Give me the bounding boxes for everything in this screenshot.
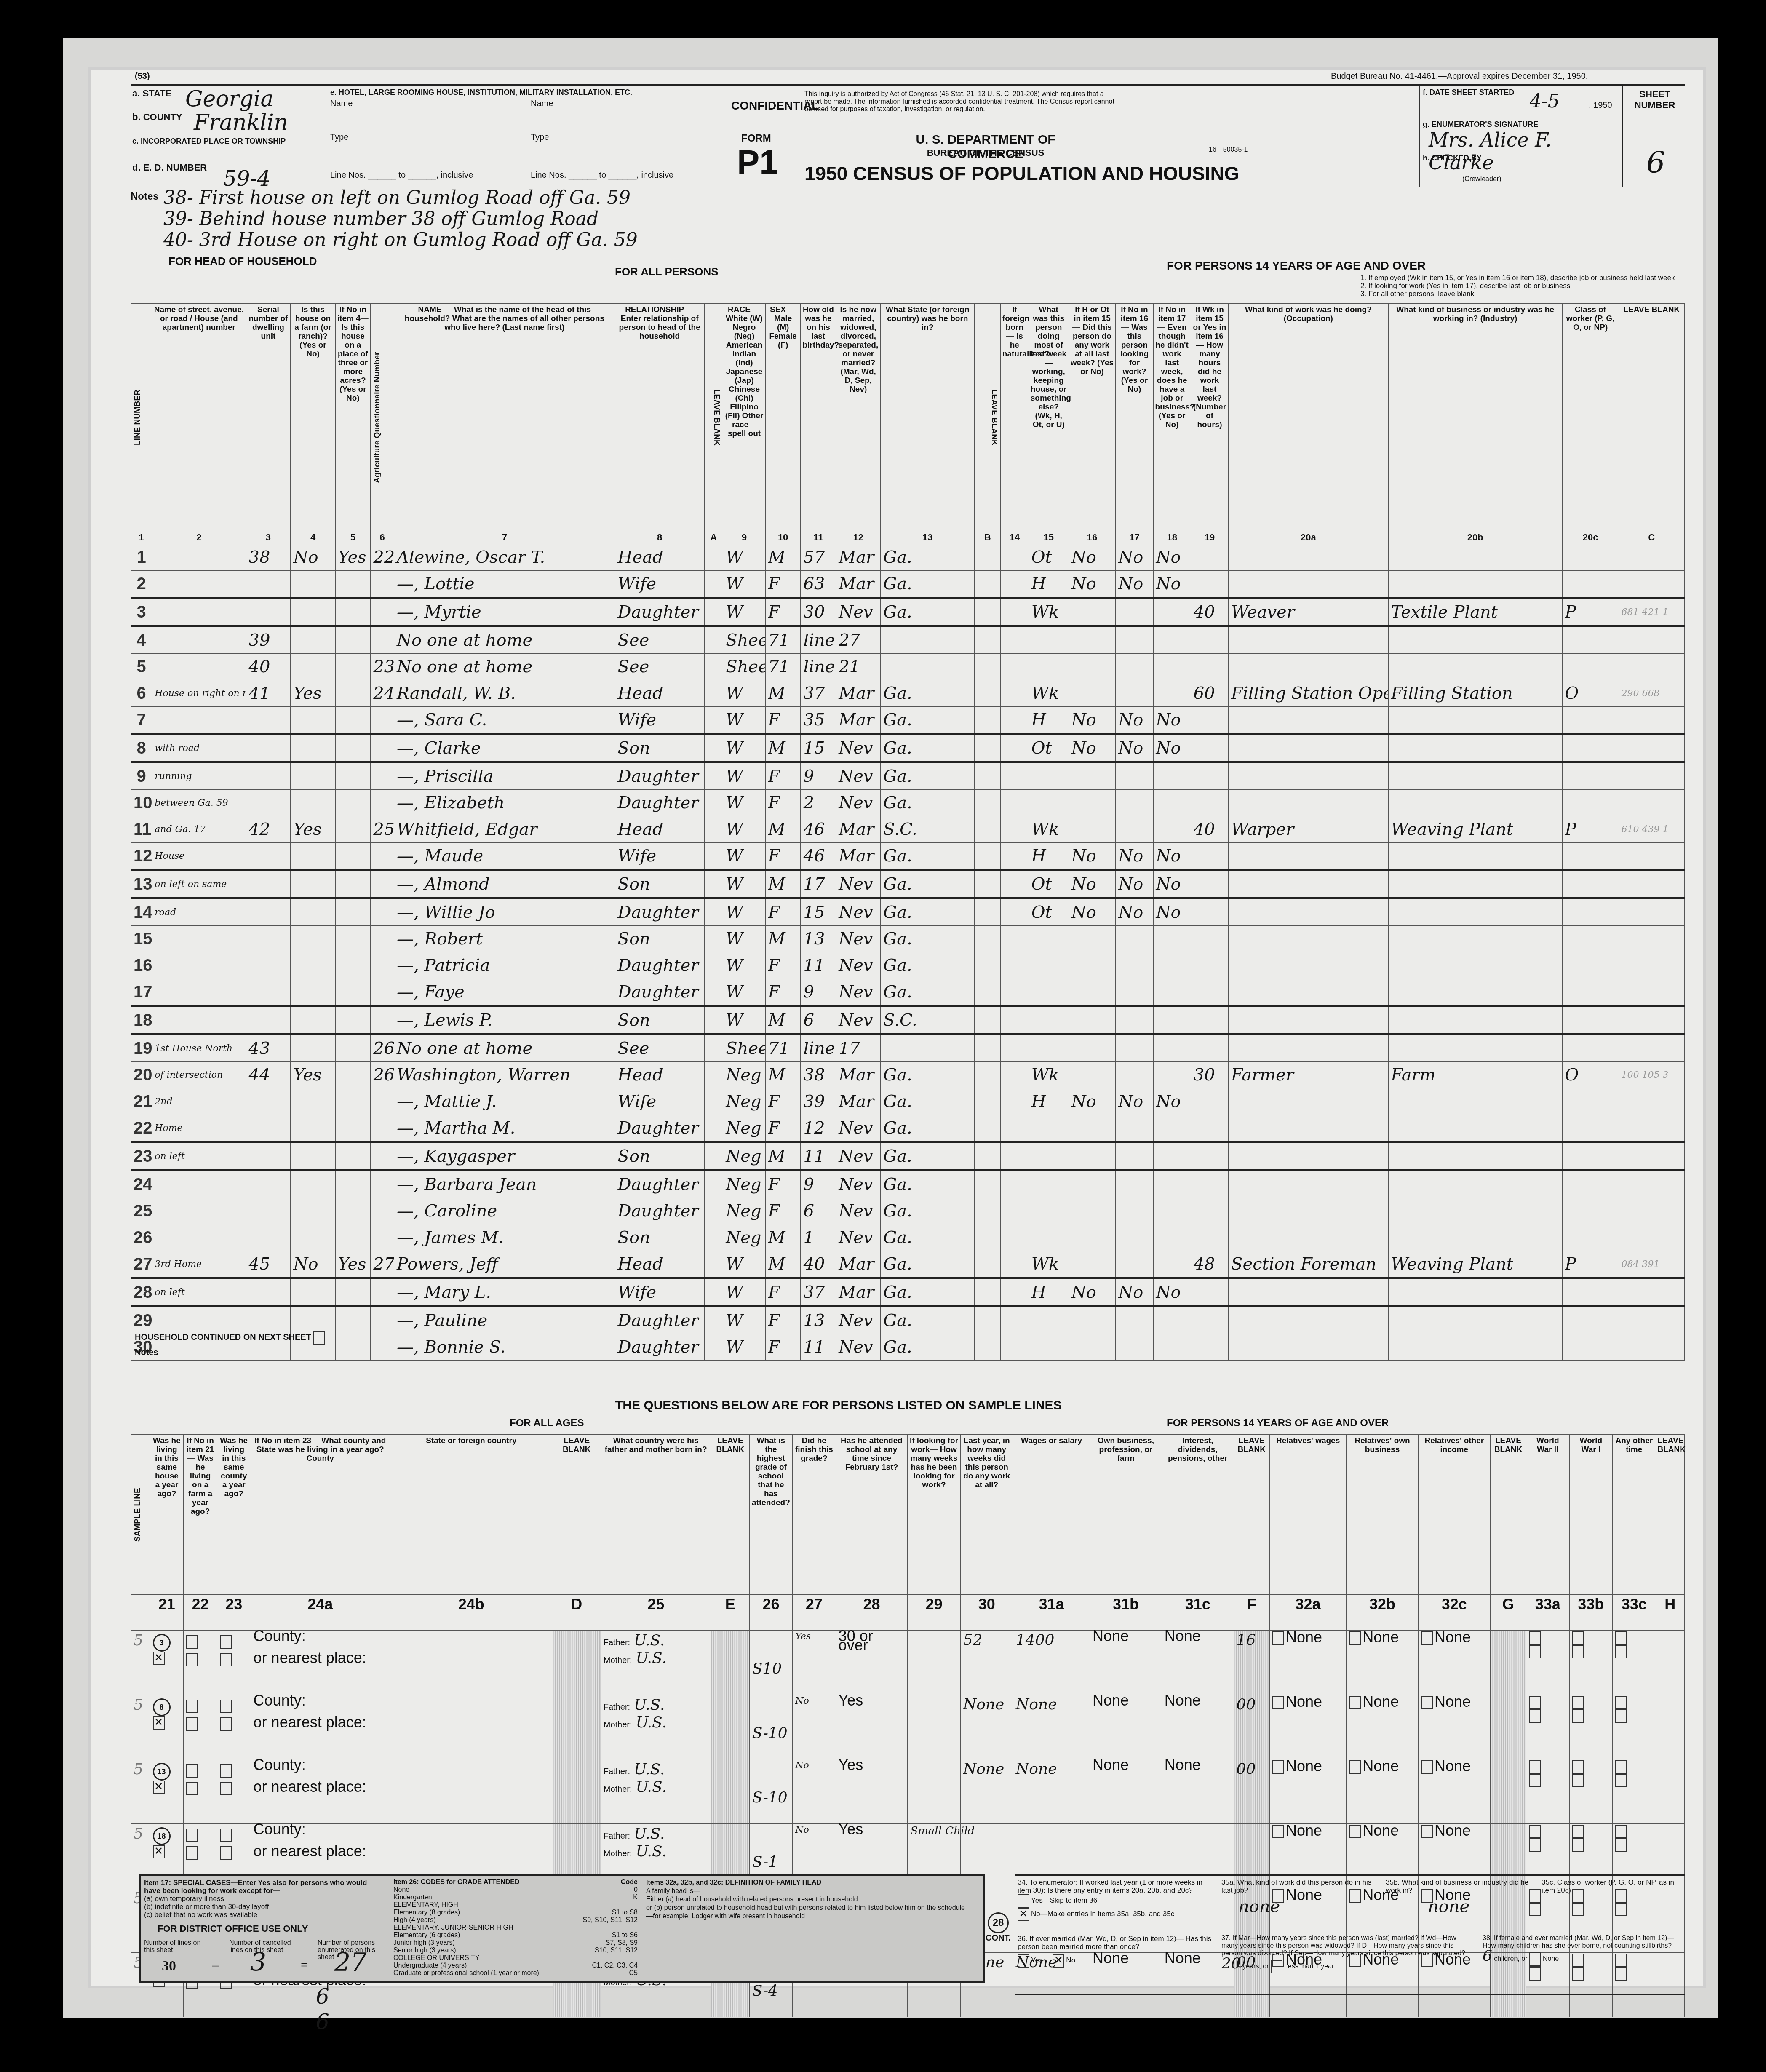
table-row: 30—, Bonnie S.DaughterWF11NevGa.: [131, 1334, 1685, 1361]
cell-rel: See: [615, 654, 704, 680]
cell-name: —, Elizabeth: [394, 790, 615, 816]
blank-cell: [975, 1278, 1000, 1307]
cell-age: 13: [801, 926, 836, 952]
cell-ind: [1388, 1088, 1562, 1115]
blank-cell: [1000, 626, 1029, 654]
continued-checkbox[interactable]: [313, 1331, 325, 1345]
cell-line: 8: [131, 734, 152, 762]
cell-born: Ga.: [881, 707, 975, 734]
q37-less-checkbox[interactable]: [1271, 1960, 1282, 1973]
cell-born: Ga.: [881, 979, 975, 1006]
sample-col-header: Relatives' wages: [1269, 1435, 1346, 1595]
col-header: If No in item 17— Even though he didn't …: [1153, 304, 1191, 531]
cell-c18: [1153, 1251, 1191, 1278]
note-line: 38- First house on left on Gumlog Road o…: [163, 187, 638, 209]
blank-cell: [975, 926, 1000, 952]
blank-cell: [975, 762, 1000, 790]
questions-34-38: 34. To enumerator: If worked last year (…: [1015, 1874, 1685, 1995]
q21-cell: 3✕: [150, 1631, 184, 1695]
blank-cell: [1000, 544, 1029, 571]
sample-col-header: Did he finish this grade?: [793, 1435, 836, 1595]
col-header: What State (or foreign country) was he b…: [881, 304, 975, 531]
col-header: Agriculture Questionnaire Number: [371, 304, 394, 531]
cell-race: W: [723, 979, 765, 1006]
q21-yes-checkbox[interactable]: ✕: [153, 1781, 165, 1794]
cell-mar: Nev: [836, 898, 881, 926]
cell-occ: [1229, 571, 1389, 598]
cell-addr: [152, 1006, 246, 1035]
cell-mar: Nev: [836, 734, 881, 762]
sheet-number-label: SHEET NUMBER: [1632, 89, 1678, 111]
q23-no-checkbox[interactable]: [220, 1717, 232, 1731]
location-block: a. STATE Georgia b. COUNTY Franklin c. I…: [131, 86, 329, 187]
cell-line: 19: [131, 1035, 152, 1062]
cell-c18: [1153, 1142, 1191, 1171]
cell-serial: [246, 571, 291, 598]
cell-code: [1619, 762, 1684, 790]
cell-c16: [1069, 598, 1116, 626]
q26-cell: S-10: [749, 1695, 792, 1759]
cell-cls: [1562, 1224, 1619, 1251]
cell-name: Washington, Warren: [394, 1062, 615, 1088]
cell-code: [1619, 979, 1684, 1006]
cell-line: 18: [131, 1006, 152, 1035]
q23-yes-checkbox[interactable]: [220, 1829, 232, 1842]
cell-born: Ga.: [881, 1115, 975, 1142]
cell-agq: [371, 926, 394, 952]
cell-age: 30: [801, 598, 836, 626]
cell-farm: [291, 843, 335, 870]
q33b-cell: [1569, 1695, 1612, 1759]
cell-agq: 22: [371, 544, 394, 571]
cell-c15: [1029, 790, 1069, 816]
cell-serial: [246, 843, 291, 870]
cell-serial: [246, 1198, 291, 1224]
blank-cell: [975, 816, 1000, 843]
q23-no-checkbox[interactable]: [220, 1653, 232, 1666]
cell-ind: [1388, 1142, 1562, 1171]
hotel-block: e. HOTEL, LARGE ROOMING HOUSE, INSTITUTI…: [329, 86, 729, 187]
cell-agq: [371, 898, 394, 926]
cell-born: Ga.: [881, 952, 975, 979]
cell-name: —, Almond: [394, 870, 615, 898]
cell-addr: [152, 1307, 246, 1334]
q31a-cell: 1400: [1013, 1631, 1090, 1695]
cell-agq: [371, 952, 394, 979]
q22-yes-checkbox[interactable]: [186, 1764, 198, 1778]
cell-c16: No: [1069, 571, 1116, 598]
blank-cell: [704, 816, 723, 843]
cell-c15: H: [1029, 1088, 1069, 1115]
cell-code: [1619, 626, 1684, 654]
cell-farm: [291, 1006, 335, 1035]
blank-cell: [975, 1006, 1000, 1035]
county-value: Franklin: [194, 110, 288, 135]
q23-yes-checkbox[interactable]: [220, 1635, 232, 1649]
cell-code: [1619, 1171, 1684, 1198]
cell-cls: [1562, 734, 1619, 762]
cell-ind: [1388, 1115, 1562, 1142]
cell-c17: [1116, 1142, 1153, 1171]
q23-yes-checkbox[interactable]: [220, 1700, 232, 1713]
blank-cell: [704, 544, 723, 571]
q24b-cell: [390, 1631, 553, 1695]
cell-c16: [1069, 1035, 1116, 1062]
cell-rel: Wife: [615, 843, 704, 870]
cell-name: —, Lottie: [394, 571, 615, 598]
cell-c19: [1191, 1224, 1228, 1251]
blank-cell: [1000, 790, 1029, 816]
cell-occ: [1229, 1198, 1389, 1224]
cell-addr: on left: [152, 1142, 246, 1171]
cell-agq: 23: [371, 654, 394, 680]
table-row: 10between Ga. 59—, ElizabethDaughterWF2N…: [131, 790, 1685, 816]
cell-serial: [246, 1088, 291, 1115]
blank-cell: [704, 734, 723, 762]
cell-cls: [1562, 571, 1619, 598]
cell-race: Sheet: [723, 1035, 765, 1062]
cell-c15: Wk: [1029, 1062, 1069, 1088]
cell-c17: [1116, 1307, 1153, 1334]
cell-race: Neg: [723, 1171, 765, 1198]
table-row: 12House—, MaudeWifeWF46MarGa.HNoNoNo: [131, 843, 1685, 870]
cell-race: Neg: [723, 1142, 765, 1171]
cell-farm: [291, 1278, 335, 1307]
blank-cell: [1000, 1198, 1029, 1224]
cell-addr: with road: [152, 734, 246, 762]
blank-cell: [1000, 762, 1029, 790]
cell-agq: 26: [371, 1062, 394, 1088]
cell-line: 5: [131, 654, 152, 680]
cell-farm: [291, 1171, 335, 1198]
cell-occ: [1229, 898, 1389, 926]
q29-cell: [908, 1695, 960, 1759]
cell-c15: [1029, 654, 1069, 680]
blank-cell: [1000, 1035, 1029, 1062]
cell-name: —, Lewis P.: [394, 1006, 615, 1035]
cell-code: [1619, 926, 1684, 952]
cell-farm: No: [291, 1251, 335, 1278]
cell-mar: Nev: [836, 1171, 881, 1198]
cell-cls: [1562, 1088, 1619, 1115]
q36-no-checkbox[interactable]: ✕: [1053, 1954, 1064, 1968]
cell-code: [1619, 1224, 1684, 1251]
q38-value: 6: [1483, 1947, 1492, 1965]
cell-acres: [335, 1115, 371, 1142]
cell-sex: F: [765, 1198, 801, 1224]
q21-yes-checkbox[interactable]: ✕: [153, 1716, 165, 1730]
cell-born: Ga.: [881, 1171, 975, 1198]
cell-sex: M: [765, 1062, 801, 1088]
cell-acres: [335, 1334, 371, 1361]
cell-mar: Mar: [836, 1251, 881, 1278]
cell-mar: 21: [836, 654, 881, 680]
cell-c18: No: [1153, 898, 1191, 926]
table-row: 16—, PatriciaDaughterWF11NevGa.: [131, 952, 1685, 979]
cell-sex: F: [765, 1088, 801, 1115]
cell-serial: 41: [246, 680, 291, 707]
cell-farm: [291, 898, 335, 926]
cell-c16: [1069, 1251, 1116, 1278]
q23-no-checkbox[interactable]: [220, 1846, 232, 1860]
cell-c19: [1191, 1171, 1228, 1198]
q36-yes-checkbox[interactable]: [1018, 1954, 1029, 1968]
cell-acres: [335, 1171, 371, 1198]
cell-line: 23: [131, 1142, 152, 1171]
blank-cell: [975, 680, 1000, 707]
cell-c19: [1191, 926, 1228, 952]
q22-no-checkbox[interactable]: [186, 1782, 198, 1795]
cell-code: [1619, 734, 1684, 762]
blank-cell: [704, 843, 723, 870]
cell-line: 16: [131, 952, 152, 979]
cell-cls: [1562, 1115, 1619, 1142]
cell-born: Ga.: [881, 790, 975, 816]
q29-cell: [908, 1631, 960, 1695]
q23-yes-checkbox[interactable]: [220, 1764, 232, 1778]
cell-name: —, Robert: [394, 926, 615, 952]
cell-c18: [1153, 626, 1191, 654]
cell-mar: Nev: [836, 790, 881, 816]
blank-cell: [1000, 1142, 1029, 1171]
cell-agq: [371, 790, 394, 816]
cell-c17: No: [1116, 1278, 1153, 1307]
cell-c19: 60: [1191, 680, 1228, 707]
q23-no-checkbox[interactable]: [220, 1782, 232, 1795]
cell-cls: [1562, 1006, 1619, 1035]
leave-blank-h: [1656, 1759, 1684, 1824]
cell-rel: Daughter: [615, 979, 704, 1006]
table-row: 273rd Home45NoYes27Powers, JeffHeadWM40M…: [131, 1251, 1685, 1278]
cell-c16: [1069, 762, 1116, 790]
cell-code: [1619, 1307, 1684, 1334]
cell-age: 11: [801, 1142, 836, 1171]
cell-occ: [1229, 544, 1389, 571]
cell-farm: [291, 734, 335, 762]
q32b-cell: None: [1347, 1695, 1419, 1759]
col-header: RACE — White (W) Negro (Neg) American In…: [723, 304, 765, 531]
notes-label: Notes: [131, 191, 159, 203]
blank-cell: [1000, 734, 1029, 762]
leave-blank-f: 16: [1234, 1631, 1269, 1695]
cell-c15: Ot: [1029, 898, 1069, 926]
blank-cell: [975, 1035, 1000, 1062]
q22-yes-checkbox[interactable]: [186, 1635, 198, 1649]
cell-c16: [1069, 1062, 1116, 1088]
cell-acres: [335, 654, 371, 680]
sample-mark: 5: [131, 1759, 150, 1824]
cell-c16: [1069, 790, 1116, 816]
blank-cell: [1000, 571, 1029, 598]
lines-label: Number of lines on this sheet: [144, 1939, 207, 1954]
cell-ind: [1388, 544, 1562, 571]
q22-no-checkbox[interactable]: [186, 1717, 198, 1731]
blank-cell: [975, 571, 1000, 598]
cell-addr: of intersection: [152, 1062, 246, 1088]
cell-name: —, Caroline: [394, 1198, 615, 1224]
cell-agq: [371, 1171, 394, 1198]
cell-c19: 30: [1191, 1062, 1228, 1088]
cell-line: 27: [131, 1251, 152, 1278]
cell-name: —, Martha M.: [394, 1115, 615, 1142]
cell-race: W: [723, 707, 765, 734]
blank-cell: [1000, 926, 1029, 952]
cell-rel: Daughter: [615, 1198, 704, 1224]
cell-name: Powers, Jeff: [394, 1251, 615, 1278]
sample-row: 58✕County:or nearest place:Father: U.S.M…: [131, 1695, 1685, 1759]
hotel-name2-label: Name: [531, 99, 553, 108]
cell-line: 6: [131, 680, 152, 707]
blank-cell: [975, 898, 1000, 926]
special-cases: Item 17: SPECIAL CASES—Enter Yes also fo…: [144, 1879, 380, 1919]
table-row: 7—, Sara C.WifeWF35MarGa.HNoNoNo: [131, 707, 1685, 734]
cell-age: 12: [801, 1115, 836, 1142]
q22-yes-checkbox[interactable]: [186, 1829, 198, 1842]
leave-blank-d: [553, 1631, 601, 1695]
cell-code: 681 421 1: [1619, 598, 1684, 626]
q25-cell: Father: U.S.Mother: U.S.: [601, 1631, 711, 1695]
cell-serial: 44: [246, 1062, 291, 1088]
cell-addr: [152, 598, 246, 626]
cell-ind: [1388, 626, 1562, 654]
cell-age: 63: [801, 571, 836, 598]
cell-line: 25: [131, 1198, 152, 1224]
enumerator-label: g. ENUMERATOR'S SIGNATURE: [1423, 120, 1538, 129]
blank-cell: [704, 790, 723, 816]
blank-cell: [1000, 952, 1029, 979]
confidential-text: This inquiry is authorized by Act of Con…: [804, 91, 1116, 113]
cell-mar: Nev: [836, 979, 881, 1006]
cell-c17: [1116, 762, 1153, 790]
cell-ind: [1388, 1198, 1562, 1224]
table-row: 138NoYes22Alewine, Oscar T.HeadWM57MarGa…: [131, 544, 1685, 571]
cell-born: Ga.: [881, 1334, 975, 1361]
q31a-cell: None: [1013, 1695, 1090, 1759]
cell-name: —, Barbara Jean: [394, 1171, 615, 1198]
lines-value: 30: [162, 1958, 176, 1974]
cell-serial: 40: [246, 654, 291, 680]
cell-agq: [371, 1278, 394, 1307]
cell-born: S.C.: [881, 816, 975, 843]
blank-cell: [1000, 979, 1029, 1006]
q22-yes-checkbox[interactable]: [186, 1700, 198, 1713]
q32c-cell: None: [1418, 1695, 1490, 1759]
q22-no-checkbox[interactable]: [186, 1653, 198, 1666]
cell-code: [1619, 898, 1684, 926]
cell-c19: [1191, 654, 1228, 680]
q34-no-checkbox[interactable]: ✕: [1018, 1908, 1029, 1921]
col-header: Serial number of dwelling unit: [246, 304, 291, 531]
cell-rel: Daughter: [615, 598, 704, 626]
continued-notes-label: Notes: [135, 1348, 158, 1357]
q25-cell: Father: U.S.Mother: U.S.: [601, 1759, 711, 1824]
q21-yes-checkbox[interactable]: ✕: [153, 1652, 165, 1665]
cell-acres: [335, 1307, 371, 1334]
cell-occ: [1229, 952, 1389, 979]
cell-c15: Wk: [1029, 816, 1069, 843]
cell-born: S.C.: [881, 1006, 975, 1035]
cell-code: [1619, 1088, 1684, 1115]
sample-col-header: State or foreign country: [390, 1435, 553, 1595]
cell-c18: No: [1153, 544, 1191, 571]
leave-blank-h: [1656, 1631, 1684, 1695]
q38-none-checkbox[interactable]: [1529, 1952, 1541, 1966]
cell-code: [1619, 1006, 1684, 1035]
sample-col-header: LEAVE BLANK: [711, 1435, 749, 1595]
cell-c15: [1029, 979, 1069, 1006]
q33b-cell: [1569, 1759, 1612, 1824]
q30-cell: None: [960, 1695, 1013, 1759]
enumerator-signature: Mrs. Alice F. Clarke: [1429, 128, 1622, 174]
grade-code-item: KindergartenK: [393, 1894, 638, 1901]
cell-born: Ga.: [881, 544, 975, 571]
q21-yes-checkbox[interactable]: ✕: [153, 1845, 165, 1858]
cell-sex: F: [765, 598, 801, 626]
cell-cls: [1562, 1142, 1619, 1171]
cell-born: [881, 626, 975, 654]
cell-c15: [1029, 1198, 1069, 1224]
blank-cell: [975, 654, 1000, 680]
blank-cell: [1000, 680, 1029, 707]
cell-ind: [1388, 1006, 1562, 1035]
enumerator-block: f. DATE SHEET STARTED 4-5 , 1950 g. ENUM…: [1419, 86, 1622, 187]
cell-cls: O: [1562, 680, 1619, 707]
table-row: 25—, CarolineDaughterNegF6NevGa.: [131, 1198, 1685, 1224]
cell-sex: F: [765, 790, 801, 816]
blank-cell: [704, 1142, 723, 1171]
cell-cls: [1562, 1198, 1619, 1224]
q30-cell: 52: [960, 1631, 1013, 1695]
cell-line: 9: [131, 762, 152, 790]
cell-sex: M: [765, 1006, 801, 1035]
date-label: f. DATE SHEET STARTED: [1423, 88, 1514, 97]
cell-mar: Mar: [836, 680, 881, 707]
cell-c19: [1191, 1198, 1228, 1224]
cell-cls: P: [1562, 816, 1619, 843]
note-line: 39- Behind house number 38 off Gumlog Ro…: [163, 209, 638, 230]
cell-ind: Textile Plant: [1388, 598, 1562, 626]
sample-col-header: Was he living in this same county a year…: [217, 1435, 251, 1595]
table-row: 17—, FayeDaughterWF9NevGa.: [131, 979, 1685, 1006]
blank-cell: [704, 870, 723, 898]
q34-yes-checkbox[interactable]: [1018, 1894, 1029, 1908]
q22-no-checkbox[interactable]: [186, 1846, 198, 1860]
cell-c19: [1191, 1307, 1228, 1334]
cell-serial: [246, 598, 291, 626]
blank-cell: [704, 1115, 723, 1142]
cell-farm: [291, 952, 335, 979]
cell-cls: [1562, 762, 1619, 790]
cell-occ: [1229, 1006, 1389, 1035]
cell-line: 21: [131, 1088, 152, 1115]
cell-ind: [1388, 1307, 1562, 1334]
cell-occ: [1229, 1334, 1389, 1361]
cell-c15: Ot: [1029, 544, 1069, 571]
table-row: 23on left—, KaygasperSonNegM11NevGa.: [131, 1142, 1685, 1171]
blank-cell: [704, 1088, 723, 1115]
cell-addr: [152, 707, 246, 734]
cell-c19: [1191, 843, 1228, 870]
cell-farm: [291, 598, 335, 626]
cell-farm: [291, 979, 335, 1006]
cell-mar: Nev: [836, 1115, 881, 1142]
cell-serial: [246, 952, 291, 979]
cont-marker: 28 CONT.: [986, 1912, 1011, 1943]
blank-cell: [1000, 1006, 1029, 1035]
cell-line: 15: [131, 926, 152, 952]
cell-c18: No: [1153, 571, 1191, 598]
cell-name: Randall, W. B.: [394, 680, 615, 707]
